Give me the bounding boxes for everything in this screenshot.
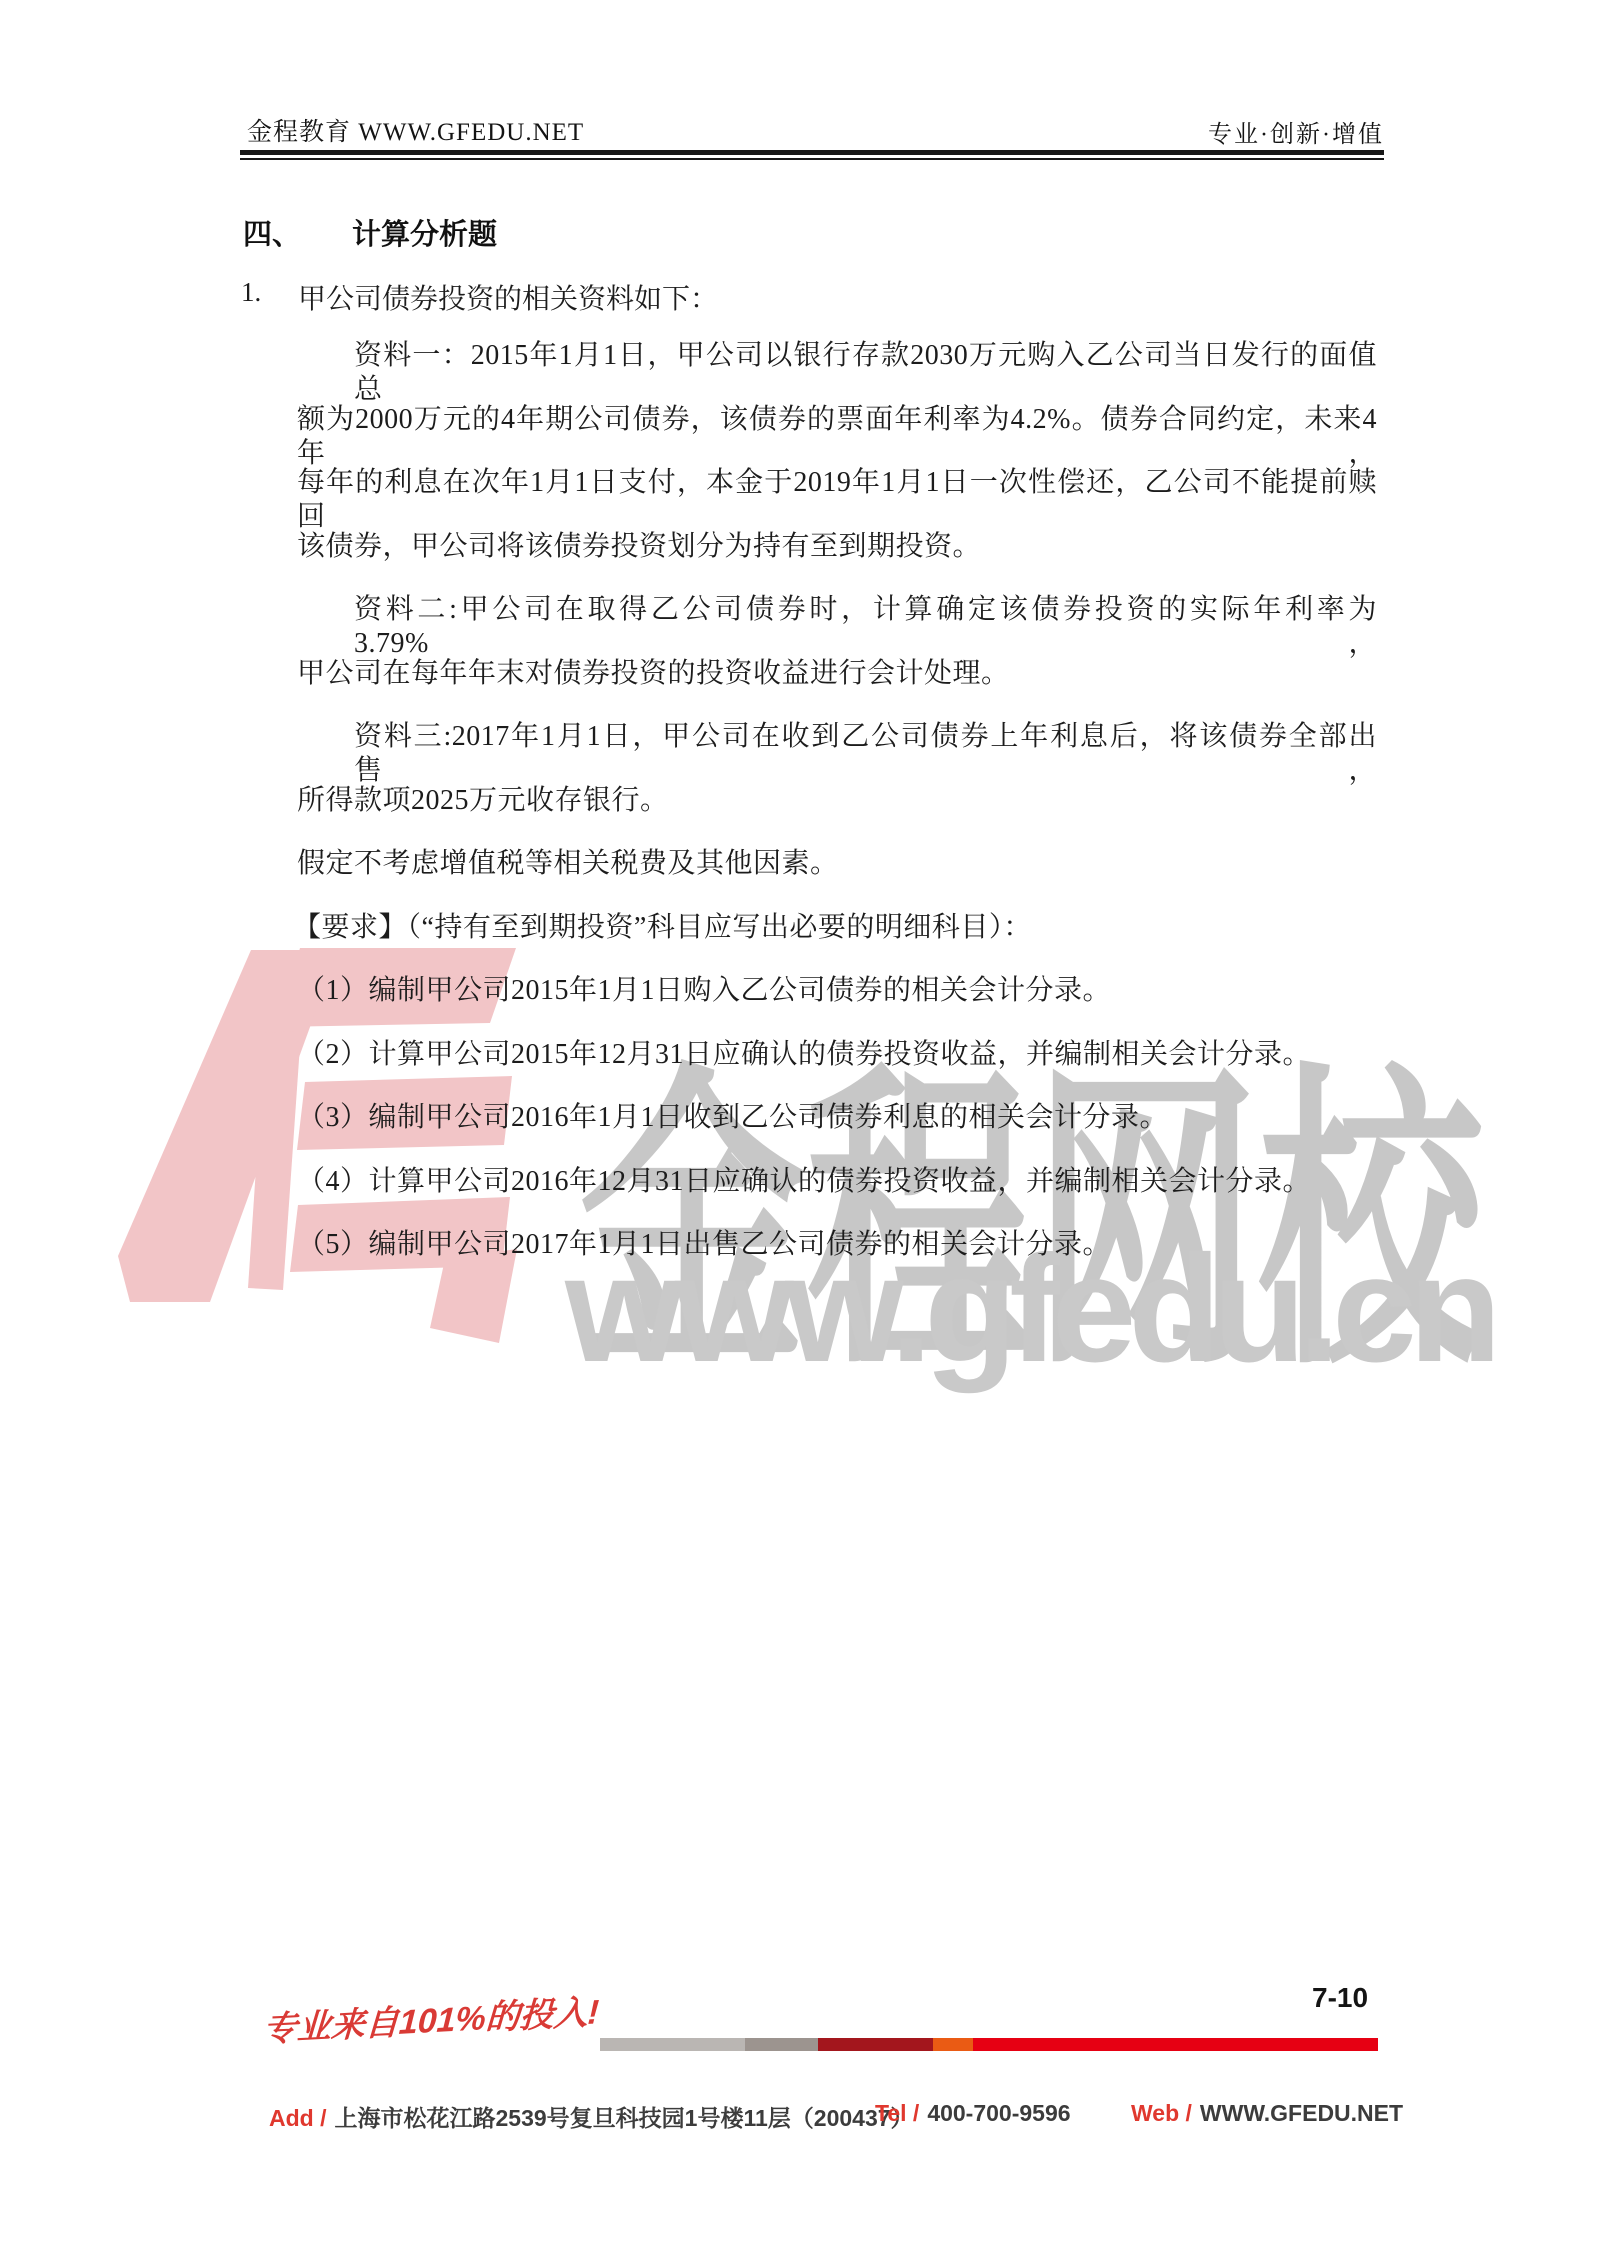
task-2: （2）计算甲公司2015年12月31日应确认的债券投资收益，并编制相关会计分录。	[297, 1038, 1311, 1072]
footer-web-value: WWW.GFEDU.NET	[1200, 2100, 1403, 2126]
material-3-line-1: 资料三:2017年1月1日，甲公司在收到乙公司债券上年利息后，将该债券全部出售，	[354, 720, 1377, 788]
footer-telephone: Tel /400-700-9596	[875, 2100, 1071, 2127]
footer-bar-segment-gray	[745, 2038, 818, 2051]
footer-address-value: 上海市松花江路2539号复旦科技园1号楼11层（200437）	[335, 2105, 914, 2131]
footer-tel-label: Tel /	[875, 2100, 919, 2126]
task-5: （5）编制甲公司2017年1月1日出售乙公司债券的相关会计分录。	[297, 1228, 1111, 1262]
task-3: （3）编制甲公司2016年1月1日收到乙公司债券利息的相关会计分录。	[297, 1101, 1168, 1135]
footer-bar-segment-orange	[933, 2038, 973, 2051]
header-brand: 金程教育 WWW.GFEDU.NET	[247, 112, 584, 148]
material-1-line-2: 额为2000万元的4年期公司债券，该债券的票面年利率为4.2%。债券合同约定，未…	[297, 403, 1377, 471]
footer-website: Web /WWW.GFEDU.NET	[1131, 2100, 1403, 2127]
material-1-line-1: 资料一：2015年1月1日，甲公司以银行存款2030万元购入乙公司当日发行的面值…	[354, 339, 1377, 407]
footer-bar-segment-red	[973, 2038, 1378, 2051]
assumption-line: 假定不考虑增值税等相关税费及其他因素。	[297, 847, 839, 881]
material-1-line-4: 该债券，甲公司将该债券投资划分为持有至到期投资。	[297, 530, 981, 564]
footer-bar-segment-lightgray	[600, 2038, 745, 2051]
material-1-line-3: 每年的利息在次年1月1日支付，本金于2019年1月1日一次性偿还，乙公司不能提前…	[297, 466, 1377, 534]
document-page: 金程网校 www.gfedu.cn 金程教育 WWW.GFEDU.NET 专业·…	[0, 0, 1600, 2263]
footer-address: Add /上海市松花江路2539号复旦科技园1号楼11层（200437）	[269, 2100, 914, 2133]
footer-web-label: Web /	[1131, 2100, 1192, 2126]
section-number: 四、	[243, 212, 301, 253]
material-2-line-2: 甲公司在每年年末对债券投资的投资收益进行会计处理。	[297, 657, 1010, 691]
question-number: 1.	[241, 277, 261, 308]
question-intro: 甲公司债券投资的相关资料如下：	[298, 277, 718, 317]
footer-address-label: Add /	[269, 2105, 327, 2131]
header-slogan: 专业·创新·增值	[1208, 114, 1384, 149]
task-4: （4）计算甲公司2016年12月31日应确认的债券投资收益，并编制相关会计分录。	[297, 1165, 1311, 1199]
section-title: 计算分析题	[352, 212, 497, 253]
header-rule-thin	[240, 158, 1384, 160]
footer-bar-segment-darkred	[818, 2038, 933, 2051]
header-rule-thick	[240, 150, 1384, 155]
material-3-line-2: 所得款项2025万元收存银行。	[297, 784, 669, 818]
task-1: （1）编制甲公司2015年1月1日购入乙公司债券的相关会计分录。	[297, 974, 1111, 1008]
requirement-line: 【要求】（“持有至到期投资”科目应写出必要的明细科目）：	[293, 911, 1032, 945]
material-2-line-1: 资料二:甲公司在取得乙公司债券时，计算确定该债券投资的实际年利率为3.79%，	[354, 593, 1377, 661]
page-number: 7-10	[1312, 1982, 1368, 2014]
footer-tel-value: 400-700-9596	[927, 2100, 1070, 2126]
footer-slogan-handwriting: 专业来自101%的投入!	[262, 1984, 600, 2051]
